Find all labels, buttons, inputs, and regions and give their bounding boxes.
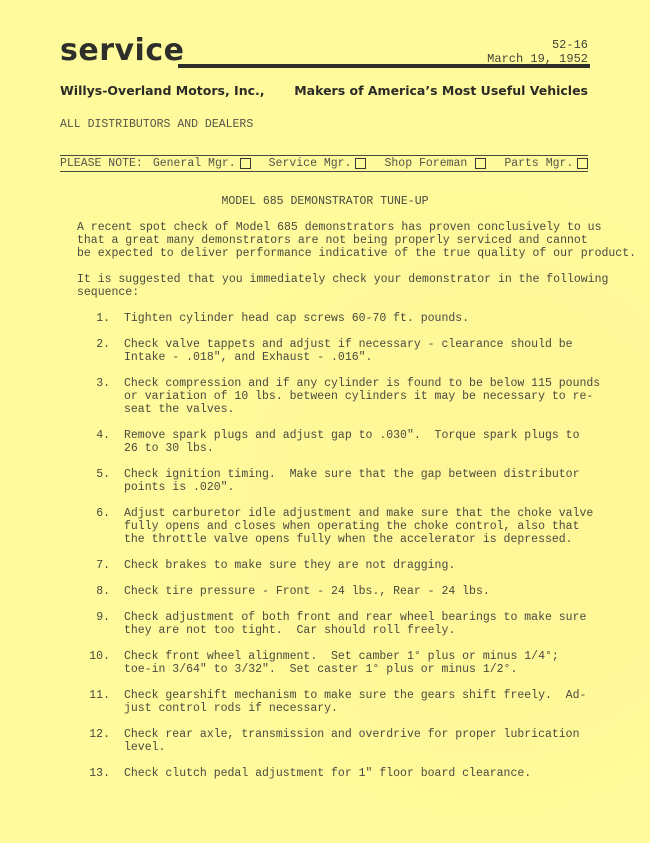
routing-item-label: General Mgr. [153, 157, 236, 170]
step-text: Check gearshift mechanism to make sure t… [124, 690, 586, 716]
recipients: ALL DISTRIBUTORS AND DEALERS [60, 118, 253, 131]
step-number: 6. [84, 508, 110, 521]
step-number: 10. [84, 651, 110, 664]
step-text: Remove spark plugs and adjust gap to .03… [124, 430, 579, 456]
step-number: 4. [84, 430, 110, 443]
routing-item-label: Parts Mgr. [504, 157, 573, 170]
step-number: 1. [84, 313, 110, 326]
routing-label: PLEASE NOTE: [60, 157, 143, 170]
step-text: Check rear axle, transmission and overdr… [124, 729, 579, 755]
lead-in-paragraph: It is suggested that you immediately che… [77, 274, 617, 300]
step-text: Tighten cylinder head cap screws 60-70 f… [124, 313, 469, 326]
checkbox-icon[interactable] [475, 158, 486, 169]
step-text: Check front wheel alignment. Set camber … [124, 651, 559, 677]
step-number: 13. [84, 768, 110, 781]
intro-paragraph: A recent spot check of Model 685 demonst… [77, 222, 617, 260]
bulletin-date: March 19, 1952 [487, 52, 588, 66]
checkbox-icon[interactable] [355, 158, 366, 169]
step-number: 7. [84, 560, 110, 573]
document-title: MODEL 685 DEMONSTRATOR TUNE-UP [0, 195, 650, 208]
step-text: Check compression and if any cylinder is… [124, 378, 600, 416]
checkbox-icon[interactable] [577, 158, 588, 169]
step-text: Check ignition timing. Make sure that th… [124, 469, 579, 495]
checkbox-icon[interactable] [240, 158, 251, 169]
step-number: 2. [84, 339, 110, 352]
routing-general-mgr[interactable]: General Mgr. [153, 157, 251, 170]
routing-shop-foreman[interactable]: Shop Foreman [384, 157, 486, 170]
service-wordmark: service [60, 36, 184, 66]
step-text: Adjust carburetor idle adjustment and ma… [124, 508, 593, 546]
step-text: Check clutch pedal adjustment for 1" flo… [124, 768, 531, 781]
routing-item-label: Shop Foreman [384, 157, 467, 170]
step-text: Check brakes to make sure they are not d… [124, 560, 455, 573]
company-slogan: Makers of America’s Most Useful Vehicles [294, 83, 588, 98]
step-text: Check tire pressure - Front - 24 lbs., R… [124, 586, 490, 599]
routing-item-label: Service Mgr. [269, 157, 352, 170]
routing-bar: PLEASE NOTE: General Mgr. Service Mgr. S… [60, 155, 588, 172]
step-number: 12. [84, 729, 110, 742]
step-number: 3. [84, 378, 110, 391]
company-name: Willys-Overland Motors, Inc., [60, 83, 265, 98]
step-number: 9. [84, 612, 110, 625]
step-text: Check valve tappets and adjust if necess… [124, 339, 573, 365]
routing-service-mgr[interactable]: Service Mgr. [269, 157, 367, 170]
service-bulletin-page: service 52-16 March 19, 1952 Willys-Over… [0, 0, 650, 843]
step-text: Check adjustment of both front and rear … [124, 612, 586, 638]
step-number: 11. [84, 690, 110, 703]
step-number: 8. [84, 586, 110, 599]
step-number: 5. [84, 469, 110, 482]
routing-parts-mgr[interactable]: Parts Mgr. [504, 157, 588, 170]
bulletin-number: 52-16 [552, 38, 588, 52]
